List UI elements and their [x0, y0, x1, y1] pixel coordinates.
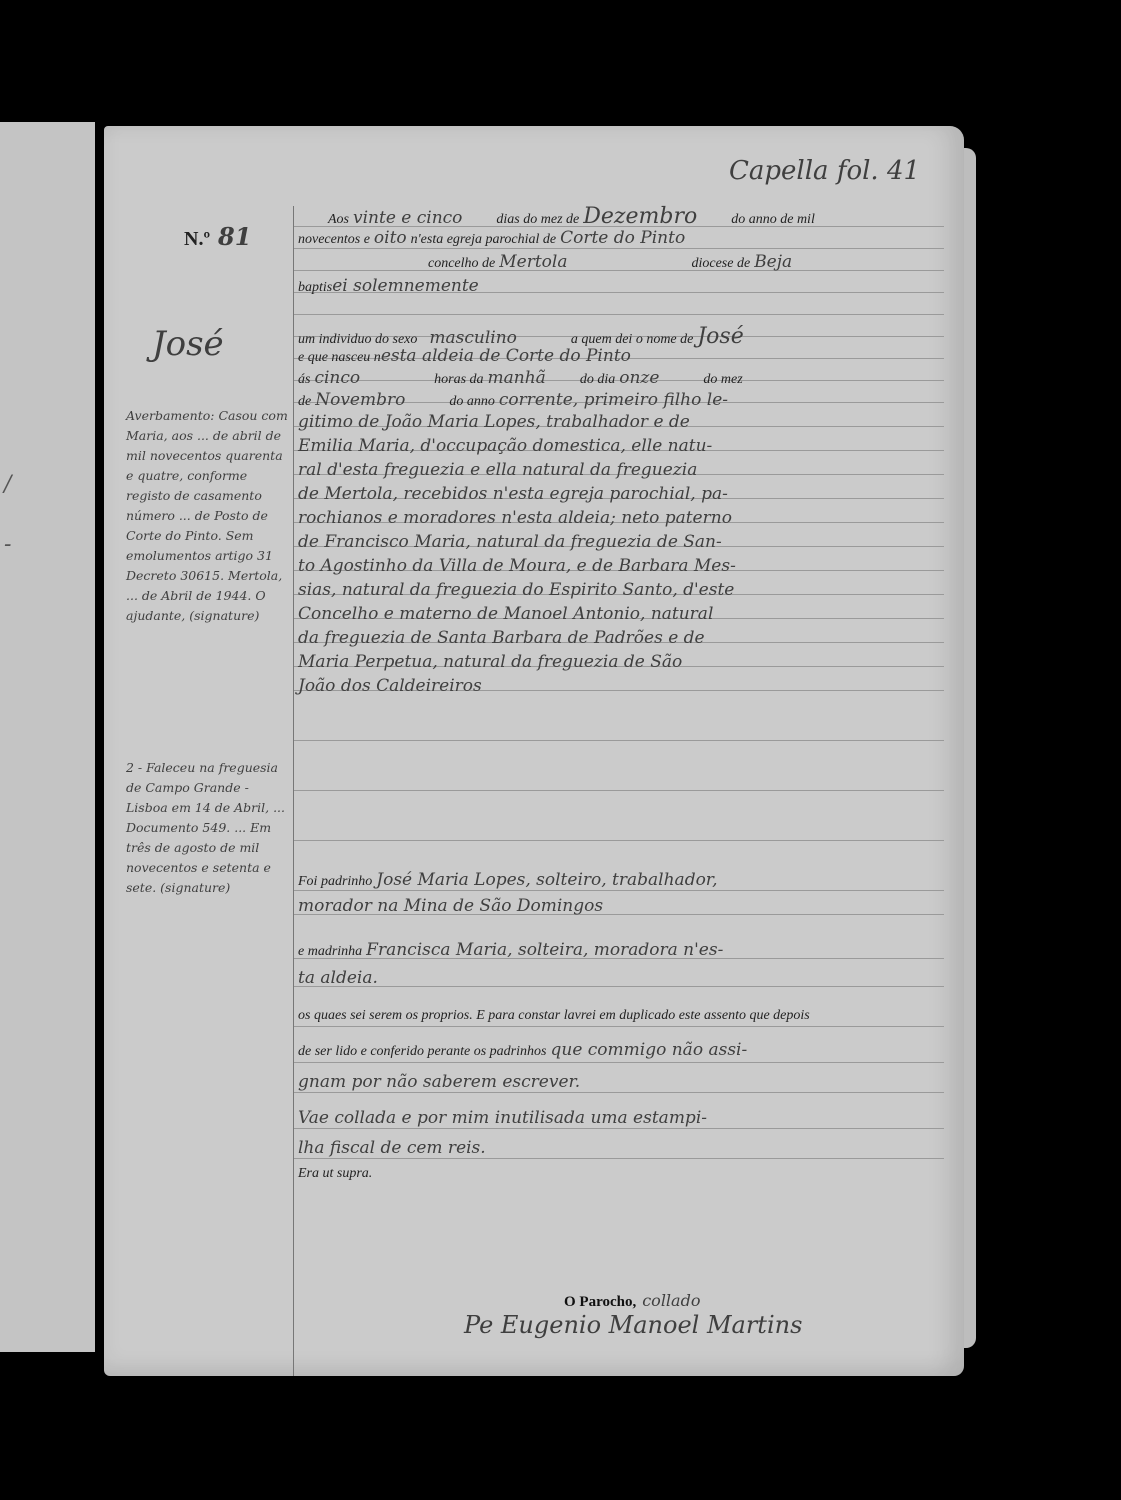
register-page: Capella fol. 41 N.º81 José Averbamento: …	[104, 126, 964, 1376]
padrinho-line: Foi padrinho José Maria Lopes, solteiro,…	[298, 870, 948, 890]
left-page-mark: /	[4, 472, 11, 497]
record-line-4: baptisei solemnemente	[298, 276, 948, 296]
record-line-20: João dos Caldeireiros	[298, 676, 948, 696]
era-ut-supra: Era ut supra.	[298, 1166, 948, 1182]
madrinha-line: e madrinha Francisca Maria, solteira, mo…	[298, 940, 948, 960]
folio-note: Capella fol. 41	[729, 156, 920, 186]
record-line-13: rochianos e moradores n'esta aldeia; net…	[298, 508, 948, 528]
record-line-10: Emilia Maria, d'occupação domestica, ell…	[298, 436, 948, 456]
record-line-2: novecentos e oito n'esta egreja parochia…	[298, 228, 948, 248]
padrinho-line-2: morador na Mina de São Domingos	[298, 896, 948, 916]
margin-rule	[293, 206, 294, 1376]
margin-name: José	[152, 324, 224, 364]
record-line-8: de Novembro do anno corrente, primeiro f…	[298, 390, 948, 410]
parocho-signature: Pe Eugenio Manoel Martins	[464, 1311, 802, 1339]
record-line-6: e que nasceu nesta aldeia de Corte do Pi…	[298, 346, 948, 366]
left-page-mark: -	[4, 532, 11, 557]
record-line-19: Maria Perpetua, natural da freguezia de …	[298, 652, 948, 672]
closing-line-1: os quaes sei serem os proprios. E para c…	[298, 1008, 948, 1024]
record-line-11: ral d'esta freguezia e ella natural da f…	[298, 460, 948, 480]
record-line-12: de Mertola, recebidos n'esta egreja paro…	[298, 484, 948, 504]
record-line-7: ás cinco horas da manhã do dia onze do m…	[298, 368, 948, 388]
record-number-value: 81	[218, 222, 251, 251]
record-line-14: de Francisco Maria, natural da freguezia…	[298, 532, 948, 552]
record-line-17: Concelho e materno de Manoel Antonio, na…	[298, 604, 948, 624]
record-line-9: gitimo de João Maria Lopes, trabalhador …	[298, 412, 948, 432]
margin-annotation-death: 2 - Faleceu na freguesia de Campo Grande…	[126, 758, 291, 898]
record-line-1: Aos vinte e cinco dias do mez de Dezembr…	[298, 204, 948, 229]
record-line-18: da freguezia de Santa Barbara de Padrões…	[298, 628, 948, 648]
record-line-15: to Agostinho da Villa de Moura, e de Bar…	[298, 556, 948, 576]
closing-line-2: de ser lido e conferido perante os padri…	[298, 1040, 948, 1060]
record-line-3: concelho de Mertola diocese de Beja	[298, 252, 948, 272]
madrinha-line-2: ta aldeia.	[298, 968, 948, 988]
closing-line-4: Vae collada e por mim inutilisada uma es…	[298, 1108, 948, 1128]
adjacent-left-page: / -	[0, 122, 95, 1352]
closing-line-5: lha fiscal de cem reis.	[298, 1138, 948, 1158]
record-number: N.º81	[184, 222, 251, 251]
parocho-title: O Parocho,collado	[564, 1291, 700, 1311]
record-line-16: sias, natural da freguezia do Espirito S…	[298, 580, 948, 600]
margin-annotation-marriage: Averbamento: Casou com Maria, aos ... de…	[126, 406, 291, 626]
closing-line-3: gnam por não saberem escrever.	[298, 1072, 948, 1092]
